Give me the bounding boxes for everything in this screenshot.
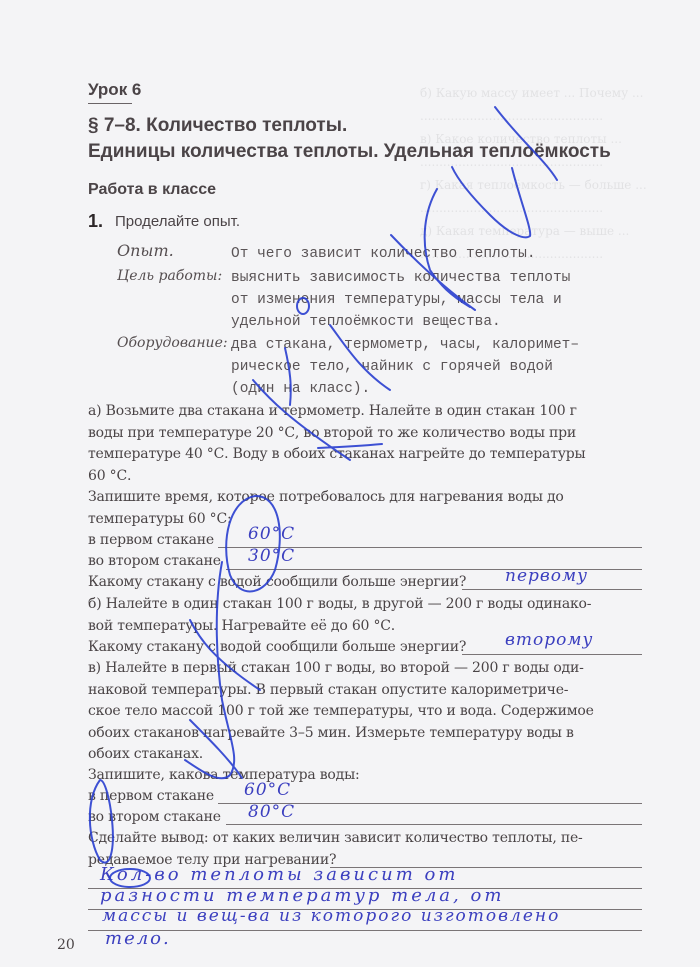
conclusion-answer-line4[interactable]: тело. [105,928,171,949]
task-number: 1. [88,211,103,232]
part-c-text: в) Налейте в первый стакан 100 г воды, в… [88,658,641,766]
part-c-first-glass-label: в первом стакане [88,786,214,808]
equipment-label: Оборудование: [117,335,228,351]
section-heading: Работа в классе [88,181,216,199]
goal-label: Цель работы: [117,268,222,284]
page-number: 20 [57,937,75,953]
goal-text: выяснить зависимость количества теплоты … [231,267,570,333]
part-a-second-glass-answer[interactable]: 30°С [248,546,295,566]
workbook-page: б) Какую массу имеет ... Почему ... ....… [0,0,700,967]
part-a-answer[interactable]: первому [505,566,588,586]
task-instruction: Проделайте опыт. [115,213,240,230]
lesson-underline [88,103,132,104]
answer-line [462,589,642,590]
answer-line [226,824,642,825]
part-c-second-glass-label: во втором стакане [88,807,221,829]
experiment-label: Опыт. [117,241,174,260]
equipment-text: два стакана, термометр, часы, калоримет–… [231,334,579,400]
conclusion-answer-line1[interactable]: Кол-во теплоты зависит от [100,864,458,885]
part-a-question: Какому стакану с водой сообщили больше э… [88,572,466,594]
page-title-line2: Единицы количества теплоты. Удельная теп… [88,141,611,163]
part-a-first-glass-label: в первом стакане [88,530,214,552]
part-b-answer[interactable]: второму [505,630,593,650]
answer-line [462,654,642,655]
conclusion-answer-line3[interactable]: массы и вещ-ва из которого изготовлено [102,906,560,926]
part-c-second-glass-answer[interactable]: 80°С [248,802,295,822]
part-a-first-glass-answer[interactable]: 60°С [248,524,295,544]
part-c-prompt: Запишите, какова температура воды: [88,765,360,787]
answer-line [88,930,642,931]
conclusion-answer-line2[interactable]: разности температур тела, от [100,885,504,906]
part-c-first-glass-answer[interactable]: 60°С [244,780,291,800]
page-title-line1: § 7–8. Количество теплоты. [88,115,347,137]
part-a-second-glass-label: во втором стакане [88,551,221,573]
part-b-question: Какому стакану с водой сообщили больше э… [88,637,466,659]
experiment-value: От чего зависит количество теплоты. [231,243,536,265]
part-a-text: а) Возьмите два стакана и термометр. Нал… [88,401,641,530]
lesson-label: Урок 6 [88,80,141,100]
